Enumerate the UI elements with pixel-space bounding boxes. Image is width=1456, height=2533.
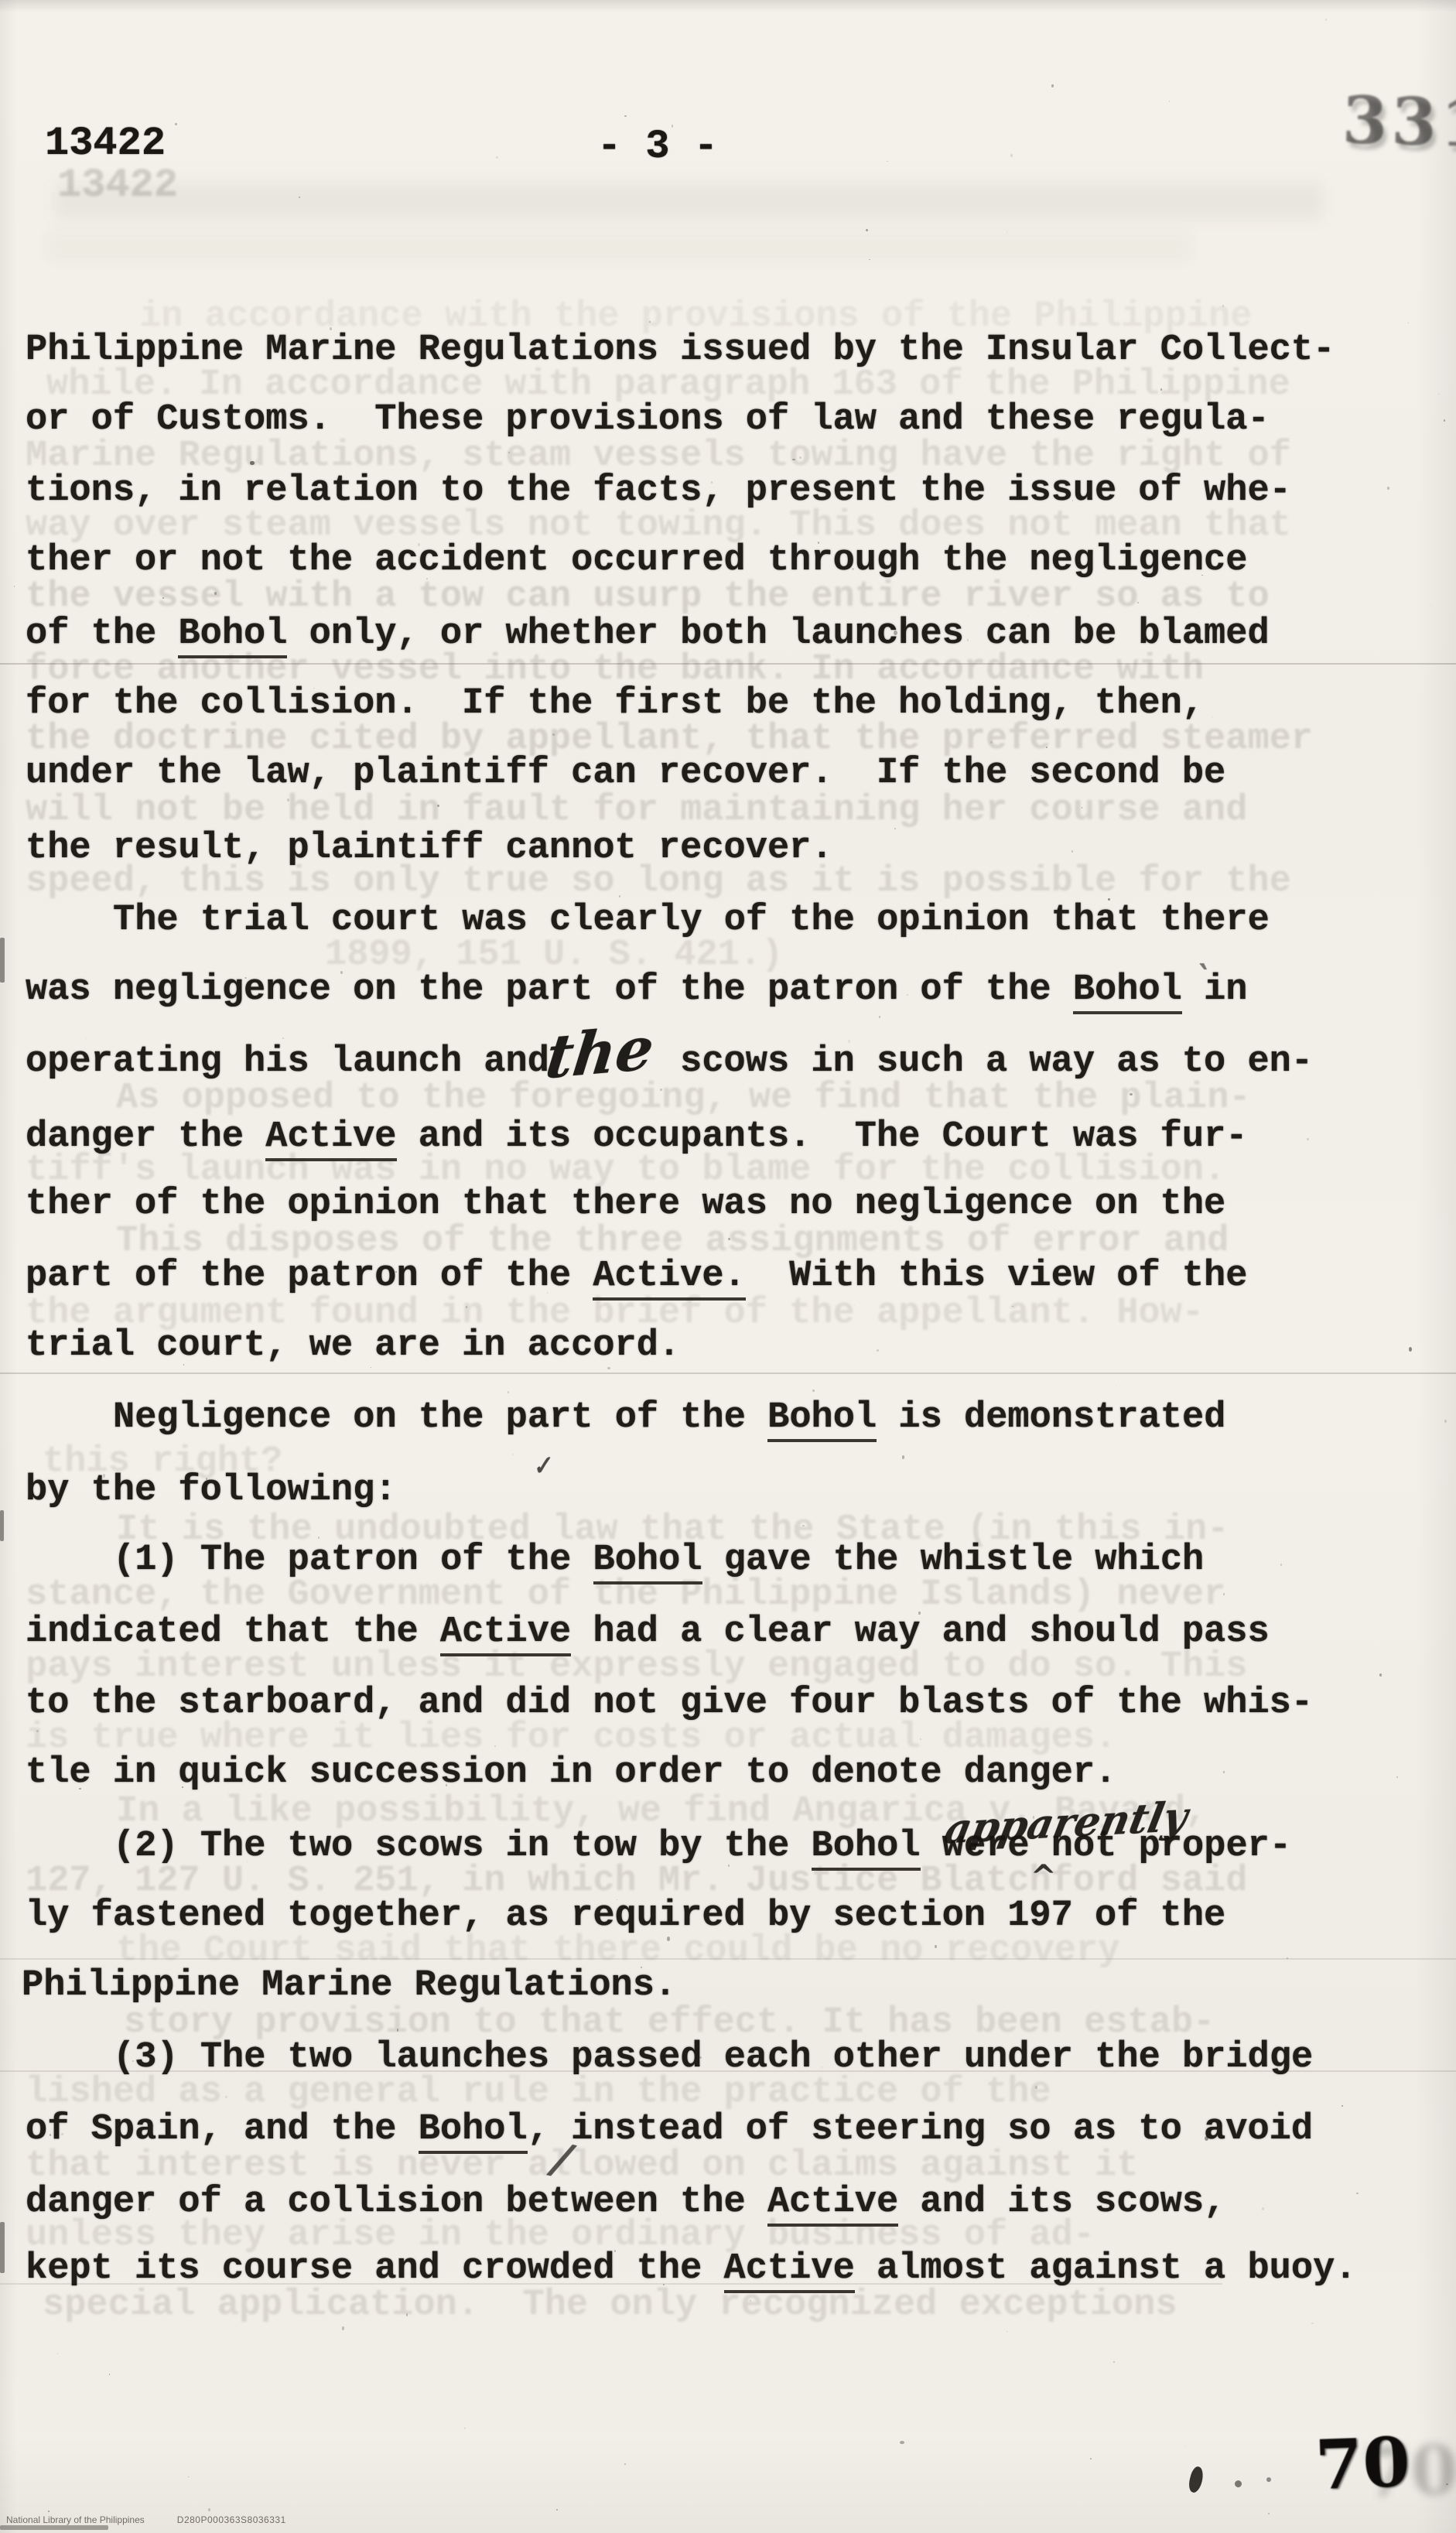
underlined-vessel-name: Bohol bbox=[812, 1826, 921, 1871]
underlined-vessel-name: Active bbox=[440, 1612, 571, 1656]
typed-line: ther or not the accident occurred throug… bbox=[26, 539, 1247, 583]
edge-ink-mark bbox=[0, 2222, 5, 2273]
paper-speck bbox=[1007, 2331, 1007, 2332]
paper-speck bbox=[812, 1390, 815, 1392]
paper-speck bbox=[1325, 19, 1327, 21]
library-label: National Library of the Philippines bbox=[6, 2514, 145, 2525]
paper-speck bbox=[225, 2096, 227, 2098]
paper-speck bbox=[1130, 1895, 1132, 1898]
paper-speck bbox=[101, 355, 102, 357]
typed-line: or of Customs. These provisions of law a… bbox=[26, 398, 1270, 442]
paper-speck bbox=[1342, 2105, 1342, 2106]
typed-line: by the following: bbox=[26, 1469, 396, 1513]
paper-speck bbox=[641, 1967, 642, 1968]
paper-speck bbox=[1311, 2323, 1313, 2324]
paper-speck bbox=[1379, 1673, 1382, 1677]
paper-speck bbox=[907, 994, 908, 996]
paper-speck bbox=[552, 733, 555, 736]
paper-speck bbox=[649, 321, 650, 323]
paper-speck bbox=[887, 161, 888, 162]
paper-speck bbox=[1307, 1138, 1308, 1140]
paper-speck bbox=[1160, 388, 1162, 391]
paper-speck bbox=[402, 1547, 403, 1549]
paper-speck bbox=[1205, 2136, 1208, 2141]
underlined-vessel-name: Active bbox=[724, 2248, 855, 2293]
paper-speck bbox=[1262, 2207, 1264, 2210]
paper-speck bbox=[956, 937, 958, 938]
paper-speck bbox=[902, 1455, 904, 1458]
handwritten-folio-number: 331 bbox=[1342, 82, 1456, 162]
case-number-echo: 13422 bbox=[57, 164, 178, 207]
paper-speck bbox=[57, 2354, 58, 2354]
paper-speck bbox=[1046, 747, 1048, 748]
paper-speck bbox=[1280, 1564, 1283, 1566]
ink-blob bbox=[1187, 2466, 1205, 2494]
underlined-vessel-name: Bohol bbox=[593, 1540, 702, 1584]
typed-line: for the collision. If the first be the h… bbox=[26, 682, 1204, 726]
paper-speck bbox=[79, 1788, 81, 1790]
paper-speck bbox=[496, 156, 497, 159]
typed-line: tle in quick succession in order to deno… bbox=[26, 1752, 1116, 1795]
paper-speck bbox=[792, 459, 795, 460]
paper-speck bbox=[340, 971, 343, 974]
paper-speck bbox=[512, 1454, 514, 1455]
paper-speck bbox=[1387, 487, 1389, 490]
paper-speck bbox=[1185, 2446, 1186, 2447]
typed-line: (1) The patron of the Bohol gave the whi… bbox=[113, 1539, 1204, 1582]
paper-speck bbox=[175, 123, 177, 125]
paper-speck bbox=[877, 1763, 878, 1765]
insertion-caret: ^ bbox=[1030, 1858, 1057, 1895]
typed-line: part of the patron of the Active. With t… bbox=[26, 1255, 1247, 1298]
paper-speck bbox=[14, 586, 15, 586]
page-number: - 3 - bbox=[597, 125, 718, 169]
scan-code: D280P000363S8036331 bbox=[177, 2514, 286, 2525]
edge-ink-mark bbox=[0, 1510, 4, 1541]
paper-speck bbox=[109, 2374, 110, 2374]
paper-speck bbox=[208, 1269, 210, 1271]
paper-speck bbox=[728, 1238, 730, 1240]
handwritten-page-stamp: 70 bbox=[1314, 2422, 1411, 2505]
paper-speck bbox=[935, 1945, 937, 1947]
paper-speck bbox=[1356, 2193, 1358, 2194]
typed-line: tions, in relation to the facts, present… bbox=[26, 470, 1291, 513]
paper-speck bbox=[1223, 1593, 1225, 1595]
ink-dot bbox=[1266, 2477, 1271, 2482]
typed-line: was negligence on the part of the patron… bbox=[26, 969, 1247, 1012]
typed-line: of the Bohol only, or whether both launc… bbox=[26, 613, 1270, 656]
paper-speck bbox=[206, 1478, 207, 1480]
typed-line: danger of a collision between the Active… bbox=[26, 2181, 1225, 2224]
paper-speck bbox=[1116, 1386, 1116, 1386]
paper-speck bbox=[1077, 640, 1078, 641]
underlined-vessel-name: Active bbox=[265, 1116, 396, 1161]
bleed-through-line: will not be held in fault for maintainin… bbox=[26, 789, 1247, 832]
typed-line: The trial court was clearly of the opini… bbox=[113, 899, 1270, 942]
paper-speck bbox=[86, 1038, 87, 1040]
paper-speck bbox=[61, 2133, 63, 2135]
paper-speck bbox=[728, 1865, 730, 1866]
paper-speck bbox=[250, 461, 254, 466]
paper-speck bbox=[1268, 2513, 1269, 2514]
paper-speck bbox=[282, 1037, 284, 1039]
paper-speck bbox=[556, 2509, 558, 2511]
paper-speck bbox=[900, 2441, 904, 2444]
paper-speck bbox=[330, 327, 332, 330]
paper-speck bbox=[1113, 2361, 1115, 2363]
paper-speck bbox=[1082, 1410, 1083, 1411]
paper-speck bbox=[799, 456, 801, 459]
paper-speck bbox=[1409, 1347, 1412, 1352]
typed-line: (3) The two launches passed each other u… bbox=[113, 2036, 1313, 2080]
paper-speck bbox=[1408, 323, 1409, 323]
paper-speck bbox=[918, 1612, 920, 1614]
typed-line: trial court, we are in accord. bbox=[26, 1325, 680, 1368]
paper-speck bbox=[1253, 465, 1253, 466]
stray-tick-mark: ˋ bbox=[1195, 959, 1212, 997]
underlined-vessel-name: Active. bbox=[593, 1256, 745, 1301]
paper-speck bbox=[397, 2029, 399, 2032]
underlined-vessel-name: Bohol bbox=[1073, 969, 1182, 1014]
paper-speck bbox=[866, 229, 868, 231]
paper-speck bbox=[607, 1367, 610, 1369]
paper-speck bbox=[1444, 419, 1445, 422]
paper-speck bbox=[342, 2326, 344, 2330]
paper-speck bbox=[1071, 850, 1073, 852]
paper-speck bbox=[103, 1474, 105, 1477]
paper-speck bbox=[818, 542, 820, 544]
paper-speck bbox=[297, 1198, 299, 1200]
typed-line: danger the Active and its occupants. The… bbox=[26, 1116, 1247, 1159]
document-page: 13422 13422 - 3 - 331 in accordance with… bbox=[0, 0, 1456, 2533]
paper-speck bbox=[1396, 1776, 1399, 1778]
ink-dot bbox=[1235, 2480, 1242, 2487]
typed-line: ly fastened together, as required by sec… bbox=[26, 1895, 1225, 1938]
paper-speck bbox=[1223, 1771, 1225, 1773]
paper-speck bbox=[287, 798, 289, 801]
paper-speck bbox=[508, 1391, 509, 1393]
paper-speck bbox=[55, 636, 57, 638]
paper-speck bbox=[173, 1263, 174, 1265]
case-number: 13422 bbox=[45, 122, 166, 166]
underlined-vessel-name: Bohol bbox=[178, 614, 287, 658]
typed-line: Negligence on the part of the Bohol is d… bbox=[113, 1396, 1225, 1440]
underlined-vessel-name: Bohol bbox=[767, 1397, 877, 1442]
scan-footer: National Library of the PhilippinesD280P… bbox=[6, 2514, 286, 2525]
paper-speck bbox=[153, 2125, 154, 2126]
paper-speck bbox=[437, 805, 439, 807]
paper-speck bbox=[48, 2511, 50, 2513]
paper-speck bbox=[313, 688, 315, 689]
paper-speck bbox=[466, 1306, 467, 1308]
typed-line: kept its course and crowded the Active a… bbox=[26, 2248, 1357, 2291]
paper-speck bbox=[132, 2060, 134, 2062]
paper-speck bbox=[208, 2508, 210, 2511]
paper-speck bbox=[848, 1040, 850, 1043]
check-mark: ✓ bbox=[530, 1451, 555, 1482]
paper-speck bbox=[1137, 602, 1139, 603]
paper-speck bbox=[1010, 154, 1013, 157]
paper-speck bbox=[877, 1349, 879, 1352]
paper-speck bbox=[371, 1367, 371, 1368]
paper-speck bbox=[1184, 781, 1187, 783]
paper-speck bbox=[1222, 305, 1224, 306]
typed-line: under the law, plaintiff can recover. If… bbox=[26, 752, 1225, 795]
typed-line: Philippine Marine Regulations. bbox=[22, 1964, 676, 2008]
paper-speck bbox=[1035, 2086, 1037, 2089]
paper-speck bbox=[1051, 84, 1054, 87]
paper-speck bbox=[446, 1784, 447, 1786]
typed-line: to the starboard, and did not give four … bbox=[26, 1682, 1313, 1725]
paper-speck bbox=[1130, 1093, 1133, 1096]
typed-line: ther of the opinion that there was no ne… bbox=[26, 1183, 1225, 1226]
paper-speck bbox=[1007, 231, 1007, 232]
paper-speck bbox=[624, 115, 627, 117]
paper-speck bbox=[464, 2427, 466, 2429]
paper-speck bbox=[894, 828, 896, 829]
paper-speck bbox=[879, 1016, 880, 1017]
typed-line: the result, plaintiff cannot recover. bbox=[26, 827, 833, 870]
paper-speck bbox=[547, 1292, 548, 1293]
paper-speck bbox=[1108, 898, 1110, 901]
paper-speck bbox=[624, 2463, 626, 2466]
typed-line: Philippine Marine Regulations issued by … bbox=[26, 329, 1335, 372]
paper-speck bbox=[426, 578, 427, 579]
smudge-band bbox=[46, 231, 1191, 262]
paper-speck bbox=[1030, 775, 1032, 777]
paper-speck bbox=[1438, 394, 1439, 395]
typed-line: operating his launch and scows in such a… bbox=[26, 1041, 1313, 1084]
underlined-vessel-name: Active bbox=[767, 2182, 898, 2227]
paper-speck bbox=[188, 2477, 190, 2477]
paper-speck bbox=[660, 1089, 661, 1091]
paper-speck bbox=[1430, 605, 1431, 606]
smudge-band bbox=[54, 183, 1323, 220]
paper-speck bbox=[1169, 101, 1170, 102]
inserted-word-the: the bbox=[542, 1013, 658, 1092]
paper-speck bbox=[418, 543, 420, 546]
typed-line: of Spain, and the Bohol, instead of stee… bbox=[26, 2108, 1313, 2152]
paper-speck bbox=[1090, 2458, 1092, 2460]
scan-line-artifact bbox=[0, 1372, 1456, 1374]
paper-speck bbox=[395, 1271, 397, 1273]
paper-speck bbox=[1033, 1816, 1035, 1819]
paper-speck bbox=[699, 2056, 702, 2059]
paper-speck bbox=[1444, 1420, 1447, 1423]
underlined-vessel-name: Bohol bbox=[419, 2109, 528, 2154]
edge-ink-mark bbox=[0, 938, 5, 983]
paper-speck bbox=[920, 1738, 921, 1740]
bottom-edge-bar bbox=[0, 2525, 108, 2530]
typed-line: indicated that the Active had a clear wa… bbox=[26, 1611, 1270, 1654]
paper-speck bbox=[941, 927, 942, 928]
